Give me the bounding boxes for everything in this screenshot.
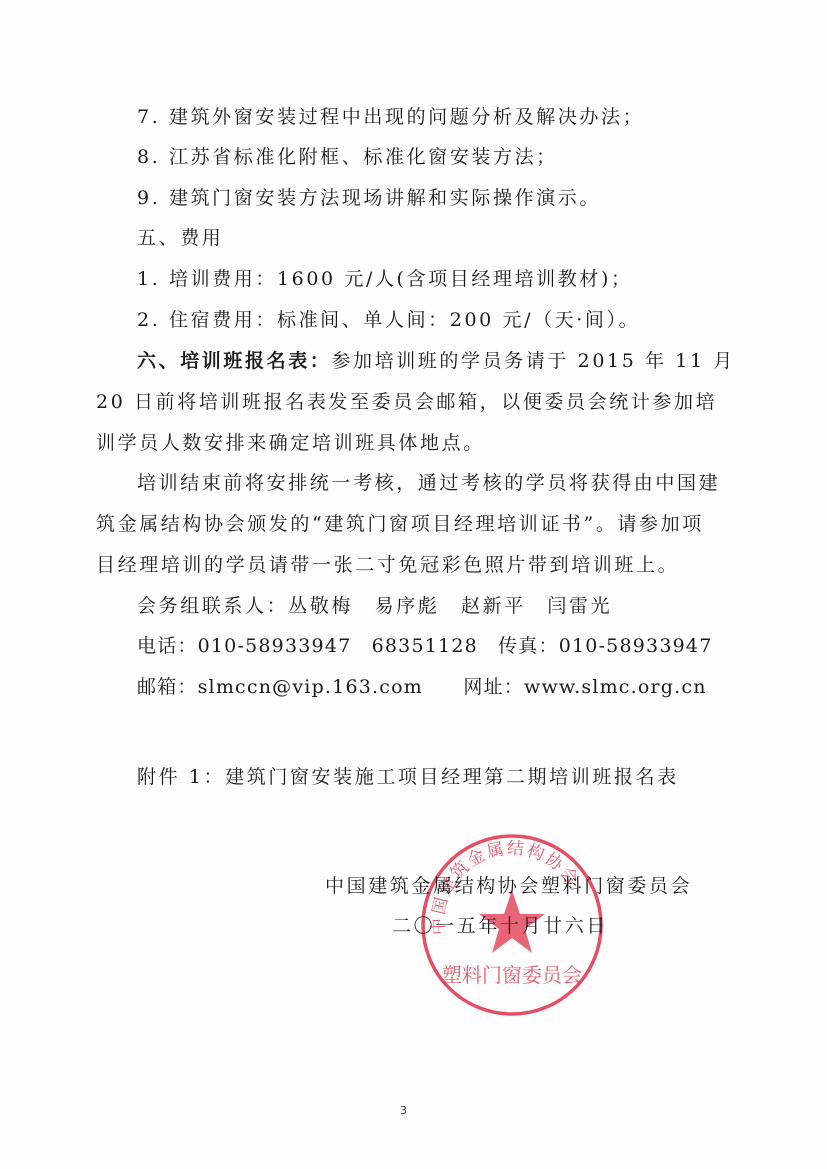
exam-paragraph-line-2: 筑金属结构协会颁发的“建筑门窗项目经理培训证书”。请参加项 xyxy=(96,512,704,536)
document-page: 7. 建筑外窗安装过程中出现的问题分析及解决办法； 8. 江苏省标准化附框、标准… xyxy=(0,0,827,1169)
contact-people: 会务组联系人：丛敬梅 易序彪 赵新平 闫雷光 xyxy=(137,594,612,618)
fee-item-training: 1. 培训费用：1600 元/人(含项目经理培训教材)； xyxy=(137,267,633,291)
registration-line-2: 20 日前将培训班报名表发至委员会邮箱，以便委员会统计参加培 xyxy=(96,390,717,414)
contact-phone: 电话：010-58933947 68351128 传真：010-58933947 xyxy=(137,634,713,658)
signature-date: 二〇一五年十月廿六日 xyxy=(392,914,608,938)
page-number: 3 xyxy=(400,1104,407,1117)
fee-item-lodging: 2. 住宿费用：标准间、单人间：200 元/（天·间）。 xyxy=(137,308,640,332)
registration-text: 参加培训班的学员务请于 2015 年 11 月 xyxy=(331,350,735,372)
registration-line-3: 训学员人数安排来确定培训班具体地点。 xyxy=(96,431,485,455)
list-item-8: 8. 江苏省标准化附框、标准化窗安装方法； xyxy=(137,145,558,169)
exam-paragraph-line-1: 培训结束前将安排统一考核，通过考核的学员将获得由中国建 xyxy=(137,471,720,495)
section-heading-registration: 六、培训班报名表： xyxy=(137,350,331,372)
list-item-9: 9. 建筑门窗安装方法现场讲解和实际操作演示。 xyxy=(137,186,601,210)
svg-text:塑料门窗委员会: 塑料门窗委员会 xyxy=(442,963,582,987)
contact-email-web: 邮箱：slmccn@vip.163.com 网址：www.slmc.org.cn xyxy=(137,675,707,699)
exam-paragraph-line-3: 目经理培训的学员请带一张二寸免冠彩色照片带到培训班上。 xyxy=(96,553,679,577)
attachment-note: 附件 1：建筑门窗安装施工项目经理第二期培训班报名表 xyxy=(137,765,679,789)
list-item-7: 7. 建筑外窗安装过程中出现的问题分析及解决办法； xyxy=(137,105,644,129)
signature-organization: 中国建筑金属结构协会塑料门窗委员会 xyxy=(325,874,692,898)
section-heading-fees: 五、费用 xyxy=(137,226,223,250)
registration-line-1: 六、培训班报名表：参加培训班的学员务请于 2015 年 11 月 xyxy=(137,349,735,373)
